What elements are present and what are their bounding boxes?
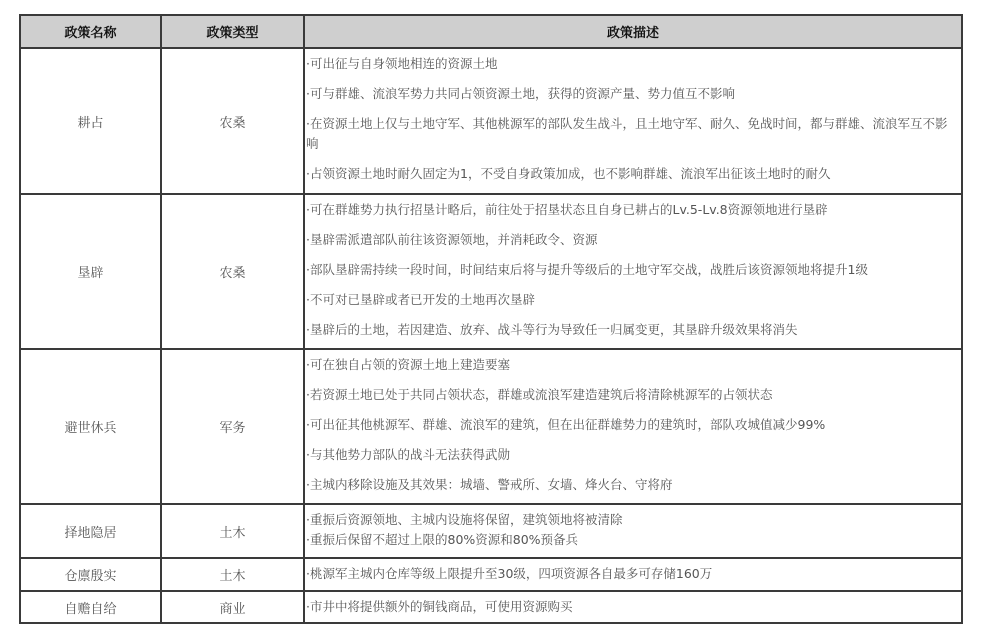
policy-name-cell: 耕占: [20, 48, 161, 194]
policy-name-cell: 自赡自给: [20, 591, 161, 623]
table-row: 垦辟 农桑 ·可在群雄势力执行招垦计略后，前往处于招垦状态且自身已耕占的Lv.5…: [20, 194, 962, 349]
description-item: ·不可对已垦辟或者已开发的土地再次垦辟: [306, 290, 957, 310]
table-row: 仓廪殷实 土木 ·桃源军主城内仓库等级上限提升至30级，四项资源各自最多可存储1…: [20, 558, 962, 591]
description-item: ·与其他势力部队的战斗无法获得武勋: [306, 445, 957, 465]
policy-description-cell: ·可在独自占领的资源土地上建造要塞 ·若资源土地已处于共同占领状态，群雄或流浪军…: [304, 349, 962, 504]
description-item: ·重振后资源领地、主城内设施将保留，建筑领地将被清除: [306, 510, 957, 530]
description-item: ·垦辟后的土地，若因建造、放弃、战斗等行为导致任一归属变更，其垦辟升级效果将消失: [306, 320, 957, 340]
description-item: ·在资源土地上仅与土地守军、其他桃源军的部队发生战斗，且土地守军、耐久、免战时间…: [306, 114, 957, 154]
policy-type-cell: 商业: [161, 591, 304, 623]
table-row: 避世休兵 军务 ·可在独自占领的资源土地上建造要塞 ·若资源土地已处于共同占领状…: [20, 349, 962, 504]
policy-description-cell: ·市井中将提供额外的铜钱商品，可使用资源购买: [304, 591, 962, 623]
policy-description-cell: ·桃源军主城内仓库等级上限提升至30级，四项资源各自最多可存储160万: [304, 558, 962, 591]
description-item: ·可与群雄、流浪军势力共同占领资源土地，获得的资源产量、势力值互不影响: [306, 84, 957, 104]
description-item: ·主城内移除设施及其效果：城墙、警戒所、女墙、烽火台、守将府: [306, 475, 957, 495]
policy-name-cell: 避世休兵: [20, 349, 161, 504]
policy-description-cell: ·可在群雄势力执行招垦计略后，前往处于招垦状态且自身已耕占的Lv.5-Lv.8资…: [304, 194, 962, 349]
header-policy-type: 政策类型: [161, 15, 304, 48]
table-header-row: 政策名称 政策类型 政策描述: [20, 15, 962, 48]
table-row: 择地隐居 土木 ·重振后资源领地、主城内设施将保留，建筑领地将被清除 ·重振后保…: [20, 504, 962, 558]
description-item: ·可在群雄势力执行招垦计略后，前往处于招垦状态且自身已耕占的Lv.5-Lv.8资…: [306, 200, 957, 220]
policy-description-cell: ·重振后资源领地、主城内设施将保留，建筑领地将被清除 ·重振后保留不超过上限的8…: [304, 504, 962, 558]
table-row: 耕占 农桑 ·可出征与自身领地相连的资源土地 ·可与群雄、流浪军势力共同占领资源…: [20, 48, 962, 194]
description-item: ·桃源军主城内仓库等级上限提升至30级，四项资源各自最多可存储160万: [306, 564, 957, 584]
policy-name-cell: 垦辟: [20, 194, 161, 349]
header-policy-description: 政策描述: [304, 15, 962, 48]
table-row: 自赡自给 商业 ·市井中将提供额外的铜钱商品，可使用资源购买: [20, 591, 962, 623]
description-item: ·可在独自占领的资源土地上建造要塞: [306, 355, 957, 375]
description-item: ·若资源土地已处于共同占领状态，群雄或流浪军建造建筑后将清除桃源军的占领状态: [306, 385, 957, 405]
policy-type-cell: 土木: [161, 504, 304, 558]
description-item: ·可出征与自身领地相连的资源土地: [306, 54, 957, 74]
description-item: ·市井中将提供额外的铜钱商品，可使用资源购买: [306, 597, 957, 617]
description-item: ·可出征其他桃源军、群雄、流浪军的建筑，但在出征群雄势力的建筑时，部队攻城值减少…: [306, 415, 957, 435]
policy-table: 政策名称 政策类型 政策描述 耕占 农桑 ·可出征与自身领地相连的资源土地 ·可…: [19, 14, 963, 624]
policy-type-cell: 农桑: [161, 48, 304, 194]
description-item: ·部队垦辟需持续一段时间，时间结束后将与提升等级后的土地守军交战，战胜后该资源领…: [306, 260, 957, 280]
policy-name-cell: 仓廪殷实: [20, 558, 161, 591]
policy-description-cell: ·可出征与自身领地相连的资源土地 ·可与群雄、流浪军势力共同占领资源土地，获得的…: [304, 48, 962, 194]
description-item: ·占领资源土地时耐久固定为1，不受自身政策加成，也不影响群雄、流浪军出征该土地时…: [306, 164, 957, 184]
policy-type-cell: 军务: [161, 349, 304, 504]
policy-type-cell: 农桑: [161, 194, 304, 349]
policy-type-cell: 土木: [161, 558, 304, 591]
description-item: ·重振后保留不超过上限的80%资源和80%预备兵: [306, 530, 957, 550]
policy-name-cell: 择地隐居: [20, 504, 161, 558]
description-item: ·垦辟需派遣部队前往该资源领地，并消耗政令、资源: [306, 230, 957, 250]
header-policy-name: 政策名称: [20, 15, 161, 48]
